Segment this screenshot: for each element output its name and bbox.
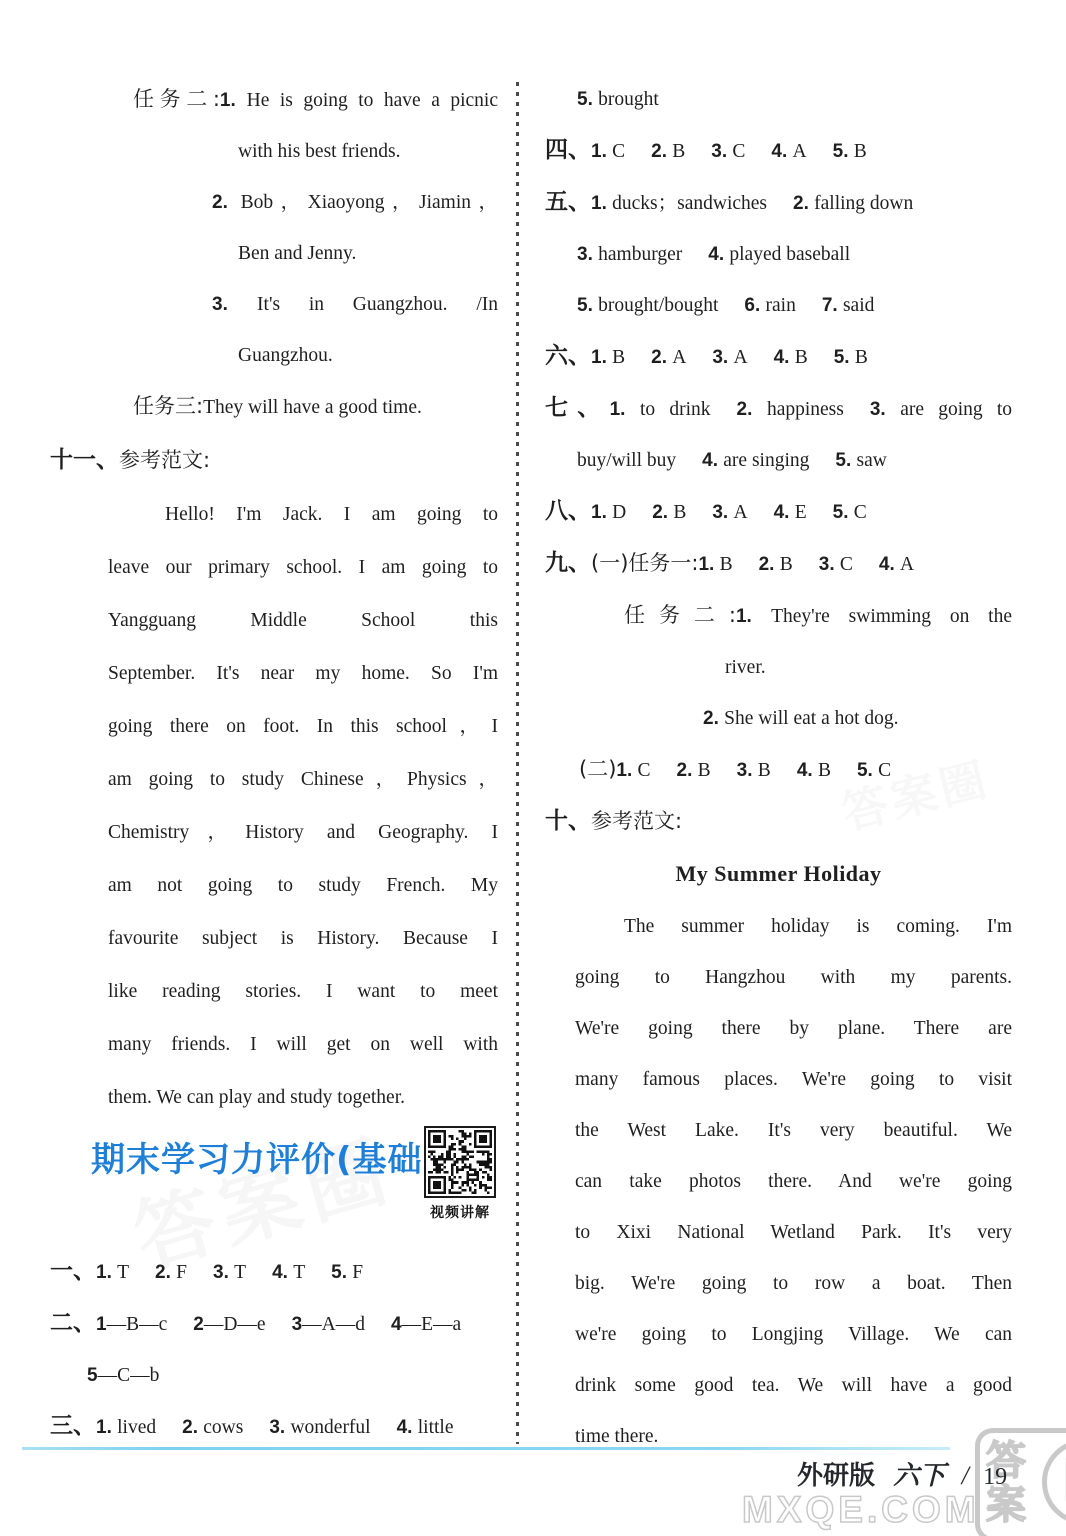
text-segment: 4. — [708, 244, 729, 265]
text-line: them. We can play and study together. — [40, 1071, 498, 1124]
text-line: Guangzhou. — [40, 330, 498, 381]
text-segment: 4. — [879, 554, 900, 575]
text-segment: played baseball — [729, 244, 850, 265]
site-watermark: MXQE.COM — [742, 1489, 980, 1531]
text-segment: cows — [203, 1417, 243, 1438]
text-segment: 1. — [591, 141, 612, 162]
watermark-logo-circle: 圈 — [1042, 1439, 1066, 1525]
text-segment: 1. — [96, 1417, 117, 1438]
text-segment: B — [672, 141, 685, 162]
text-segment: B — [854, 141, 867, 162]
text-segment: 2. — [759, 554, 780, 575]
text-segment: 3. — [819, 554, 840, 575]
text-segment: Guangzhou. — [238, 345, 333, 366]
text-segment: 2. — [651, 347, 672, 368]
text-segment: (二) — [579, 757, 616, 781]
text-line: can take photos there. And we're going — [545, 1156, 1012, 1207]
text-segment: ducks；sandwiches — [612, 193, 767, 214]
page-number: 19 — [983, 1464, 1007, 1490]
text-line: 3. It's in Guangzhou. /In — [40, 279, 498, 330]
text-segment: 4. — [797, 760, 818, 781]
text-segment: 2. — [793, 193, 814, 214]
text-line: My Summer Holiday — [545, 848, 1012, 901]
text-segment: 4. — [774, 347, 795, 368]
text-segment: B — [673, 502, 686, 523]
text-segment: like reading stories. I want to meet — [108, 981, 498, 1002]
text-line: 九、(一)任务一:1. B2. B3. C4. A — [545, 538, 1012, 590]
text-segment: 2. — [737, 399, 767, 420]
text-line: 二、1—B—c2—D—e3—A—d4—E—a — [40, 1298, 498, 1350]
text-line: am not going to study French. My — [40, 859, 498, 912]
text-line: river. — [545, 642, 1012, 693]
text-line: drink some good tea. We will have a good — [545, 1360, 1012, 1411]
text-segment: 3. — [711, 141, 732, 162]
text-segment: B — [698, 760, 711, 781]
text-segment: 1. — [698, 554, 719, 575]
text-line: going there on foot. In this school，I — [40, 700, 498, 753]
text-segment: to Xixi National Wetland Park. It's very — [575, 1222, 1012, 1243]
text-segment: 2. — [182, 1417, 203, 1438]
text-segment: saw — [857, 450, 887, 471]
text-segment: 五、 — [545, 189, 591, 215]
text-segment: 5. — [833, 141, 854, 162]
text-segment: —C—b — [98, 1365, 160, 1386]
text-segment: D — [612, 502, 626, 523]
text-segment: 5. — [835, 450, 856, 471]
text-segment: B — [780, 554, 793, 575]
text-segment: It's in Guangzhou. /In — [257, 294, 498, 315]
text-segment: 六、 — [545, 343, 591, 369]
text-segment: said — [843, 295, 874, 316]
qr-code — [424, 1126, 496, 1198]
text-line: buy/will buy4. are singing5. saw — [545, 435, 1012, 486]
text-segment: C — [840, 554, 853, 575]
text-segment: are singing — [723, 450, 809, 471]
text-segment: 2. — [651, 141, 672, 162]
text-segment: 5. — [577, 89, 598, 110]
text-segment: My Summer Holiday — [675, 861, 881, 886]
text-segment: leave our primary school. I am going to — [108, 557, 498, 578]
text-segment: 5. — [857, 760, 878, 781]
text-segment: C — [638, 760, 651, 781]
text-segment: drink some good tea. We will have a good — [575, 1375, 1012, 1396]
text-segment: 3. — [712, 347, 733, 368]
page-footer: 外研版 六下 / 19 — [797, 1455, 1007, 1492]
text-segment: 九、 — [545, 550, 591, 576]
text-segment: —D—e — [204, 1314, 266, 1335]
text-segment: —B—c — [107, 1314, 168, 1335]
text-segment: 2. — [652, 502, 673, 523]
text-segment: 4. — [272, 1262, 293, 1283]
text-segment: 5. — [834, 347, 855, 368]
text-segment: going there on foot. In this school，I — [108, 716, 498, 737]
text-line: 任务三:They will have a good time. — [40, 381, 498, 433]
text-line: 七、1. to drink2. happiness3. are going to — [545, 383, 1012, 435]
text-segment: A — [672, 347, 686, 368]
text-segment: 1. — [591, 193, 612, 214]
text-segment: 1. — [736, 606, 771, 627]
text-segment: 4 — [391, 1314, 402, 1335]
text-segment: wonderful — [290, 1417, 370, 1438]
text-segment: 5. — [331, 1262, 352, 1283]
text-segment: 3. — [577, 244, 598, 265]
text-segment: going to Hangzhou with my parents. — [575, 967, 1012, 988]
text-line: like reading stories. I want to meet — [40, 965, 498, 1018]
text-segment: brought/bought — [598, 295, 718, 316]
text-segment: falling down — [814, 193, 913, 214]
text-segment: 4. — [774, 502, 795, 523]
text-line: 5. brought/bought6. rain7. said — [545, 280, 1012, 331]
text-segment: 4. — [702, 450, 723, 471]
text-segment: 1. — [96, 1262, 117, 1283]
text-segment: river. — [725, 657, 766, 678]
text-segment: 1. — [591, 502, 612, 523]
text-segment: T — [117, 1262, 129, 1283]
text-segment: 5 — [87, 1365, 98, 1386]
text-segment: B — [855, 347, 868, 368]
text-segment: many friends. I will get on well with — [108, 1034, 498, 1055]
text-segment: 5. — [577, 295, 598, 316]
text-line: big. We're going to row a boat. Then — [545, 1258, 1012, 1309]
text-line: September. It's near my home. So I'm — [40, 647, 498, 700]
text-line: leave our primary school. I am going to — [40, 541, 498, 594]
column-divider — [516, 82, 519, 1444]
text-segment: rain — [766, 295, 796, 316]
text-line: 八、1. D2. B3. A4. E5. C — [545, 486, 1012, 538]
text-segment: E — [795, 502, 807, 523]
grade-label: 六下 — [893, 1461, 945, 1491]
text-line: Hello! I'm Jack. I am going to — [40, 488, 498, 541]
text-line: 五、1. ducks；sandwiches2. falling down — [545, 177, 1012, 229]
text-segment: 2. — [703, 708, 724, 729]
text-segment: we're going to Longjing Village. We can — [575, 1324, 1012, 1345]
text-segment: F — [352, 1262, 363, 1283]
text-segment: T — [293, 1262, 305, 1283]
text-segment: September. It's near my home. So I'm — [108, 663, 498, 684]
text-segment: hamburger — [598, 244, 682, 265]
text-segment: 八、 — [545, 498, 591, 524]
text-segment: 三、 — [50, 1413, 96, 1439]
text-segment: B — [758, 760, 771, 781]
text-line: 5—C—b — [40, 1350, 498, 1401]
text-segment: 四、 — [545, 137, 591, 163]
text-segment: with his best friends. — [238, 141, 400, 162]
text-segment: many famous places. We're going to visit — [575, 1069, 1012, 1090]
text-segment: 1 — [96, 1314, 107, 1335]
text-segment: The summer holiday is coming. I'm — [624, 916, 1012, 937]
text-segment: 任务二: — [133, 87, 220, 111]
text-segment: A — [793, 141, 807, 162]
text-segment: 4. — [397, 1417, 418, 1438]
text-line: 四、1. C2. B3. C4. A5. B — [545, 125, 1012, 177]
text-segment: 任务二: — [624, 603, 736, 627]
text-line: favourite subject is History. Because I — [40, 912, 498, 965]
text-line: 任务二:1. They're swimming on the — [545, 590, 1012, 642]
text-segment: 4. — [771, 141, 792, 162]
text-segment: 1. — [616, 760, 637, 781]
text-segment: them. We can play and study together. — [108, 1087, 405, 1108]
text-segment: 2. — [677, 760, 698, 781]
text-segment: Yangguang Middle School this — [108, 610, 498, 631]
text-line: We're going there by plane. There are — [545, 1003, 1012, 1054]
text-line: to Xixi National Wetland Park. It's very — [545, 1207, 1012, 1258]
text-segment: 5. — [833, 502, 854, 523]
text-segment: 2. — [155, 1262, 176, 1283]
text-segment: F — [176, 1262, 187, 1283]
text-segment: —A—d — [302, 1314, 365, 1335]
text-segment: B — [720, 554, 733, 575]
text-segment: are going to — [900, 399, 1012, 420]
text-segment: A — [900, 554, 914, 575]
text-segment: time there. — [575, 1426, 658, 1447]
text-segment: 二、 — [50, 1310, 96, 1336]
text-segment: little — [418, 1417, 454, 1438]
text-segment: 1. — [591, 347, 612, 368]
text-segment: C — [612, 141, 625, 162]
text-segment: favourite subject is History. Because I — [108, 928, 498, 949]
text-line: 2. Bob，Xiaoyong，Jiamin， — [40, 177, 498, 228]
text-segment: (一)任务一: — [591, 551, 698, 575]
text-segment: B — [795, 347, 808, 368]
text-segment: 七、 — [545, 395, 610, 421]
text-segment: 3. — [212, 294, 257, 315]
final-exam-answers-block: 一、1. T2. F3. T4. T5. F二、1—B—c2—D—e3—A—d4… — [40, 1246, 498, 1453]
text-segment: Chemistry，History and Geography. I — [108, 822, 498, 843]
text-segment: C — [854, 502, 867, 523]
section-eleven-essay-block: 十一、参考范文:Hello! I'm Jack. I am going tole… — [40, 434, 498, 1124]
text-segment: 3. — [870, 399, 900, 420]
text-segment: 1. — [610, 399, 640, 420]
text-segment: T — [234, 1262, 246, 1283]
text-segment: 一、 — [50, 1258, 96, 1284]
text-line: we're going to Longjing Village. We can — [545, 1309, 1012, 1360]
text-segment: 3. — [712, 502, 733, 523]
text-line: with his best friends. — [40, 126, 498, 177]
footer-slash: / — [962, 1461, 969, 1490]
text-segment: Hello! I'm Jack. I am going to — [165, 504, 498, 525]
right-column: 5. brought四、1. C2. B3. C4. A5. B五、1. duc… — [545, 74, 1012, 1462]
text-segment: to drink — [640, 399, 711, 420]
text-segment: big. We're going to row a boat. Then — [575, 1273, 1012, 1294]
text-segment: buy/will buy — [577, 450, 676, 471]
text-segment: We're going there by plane. There are — [575, 1018, 1012, 1039]
text-segment: happiness — [767, 399, 844, 420]
text-segment: Ben and Jenny. — [238, 243, 356, 264]
text-segment: 2 — [193, 1314, 204, 1335]
text-segment: 十、 — [545, 808, 591, 834]
text-segment: 6. — [744, 295, 765, 316]
text-line: am going to study Chinese，Physics， — [40, 753, 498, 806]
text-segment: 参考范文: — [591, 809, 682, 833]
text-segment: They will have a good time. — [203, 397, 422, 418]
text-line: 一、1. T2. F3. T4. T5. F — [40, 1246, 498, 1298]
text-line: 三、1. lived2. cows3. wonderful4. little — [40, 1401, 498, 1453]
text-segment: 3. — [737, 760, 758, 781]
text-segment: B — [612, 347, 625, 368]
text-segment: They're swimming on the — [771, 606, 1012, 627]
text-segment: C — [732, 141, 745, 162]
text-segment: lived — [117, 1417, 156, 1438]
text-segment: the West Lake. It's very beautiful. We — [575, 1120, 1012, 1141]
text-line: 3. hamburger4. played baseball — [545, 229, 1012, 280]
text-line: 任务二:1. He is going to have a picnic — [40, 74, 498, 126]
exam-section-heading: 期末学习力评价(基础) — [65, 1137, 465, 1183]
text-segment: 十一、 — [50, 447, 119, 473]
footer-divider — [22, 1447, 950, 1450]
text-line: (二)1. C2. B3. B4. B5. C — [545, 744, 1012, 796]
text-segment: C — [878, 760, 891, 781]
reading-task-answers-block: 任务二:1. He is going to have a picnicwith … — [40, 74, 498, 433]
text-segment: 7. — [822, 295, 843, 316]
text-segment: 3. — [213, 1262, 234, 1283]
text-segment: 3. — [269, 1417, 290, 1438]
qr-label: 视频讲解 — [424, 1202, 496, 1222]
text-line: The summer holiday is coming. I'm — [545, 901, 1012, 952]
text-segment: B — [818, 760, 831, 781]
text-line: the West Lake. It's very beautiful. We — [545, 1105, 1012, 1156]
text-segment: She will eat a hot dog. — [724, 708, 898, 729]
text-segment: 1. — [220, 90, 247, 111]
text-line: Chemistry，History and Geography. I — [40, 806, 498, 859]
page: 答案圈 答案圈 任务二:1. He is going to have a pic… — [0, 0, 1066, 1536]
text-line: Yangguang Middle School this — [40, 594, 498, 647]
text-segment: —E—a — [402, 1314, 462, 1335]
text-line: 十、参考范文: — [545, 796, 1012, 848]
edition-label: 外研版 — [797, 1461, 875, 1491]
qr-block: 视频讲解 — [424, 1126, 496, 1222]
text-segment: am going to study Chinese，Physics， — [108, 769, 498, 790]
text-segment: can take photos there. And we're going — [575, 1171, 1012, 1192]
text-segment: 任务三: — [133, 394, 203, 418]
text-line: going to Hangzhou with my parents. — [545, 952, 1012, 1003]
text-segment: Bob，Xiaoyong，Jiamin， — [241, 192, 498, 213]
text-segment: A — [733, 502, 747, 523]
text-segment: 3 — [292, 1314, 303, 1335]
text-line: 六、1. B2. A3. A4. B5. B — [545, 331, 1012, 383]
text-line: Ben and Jenny. — [40, 228, 498, 279]
text-line: many famous places. We're going to visit — [545, 1054, 1012, 1105]
text-segment: 2. — [212, 192, 241, 213]
text-line: 2. She will eat a hot dog. — [545, 693, 1012, 744]
text-line: 十一、参考范文: — [40, 434, 498, 488]
text-segment: A — [733, 347, 747, 368]
text-segment: 参考范文: — [119, 448, 210, 472]
text-line: many friends. I will get on well with — [40, 1018, 498, 1071]
text-segment: He is going to have a picnic — [247, 90, 498, 111]
text-segment: am not going to study French. My — [108, 875, 498, 896]
text-line: 5. brought — [545, 74, 1012, 125]
text-segment: brought — [598, 89, 659, 110]
